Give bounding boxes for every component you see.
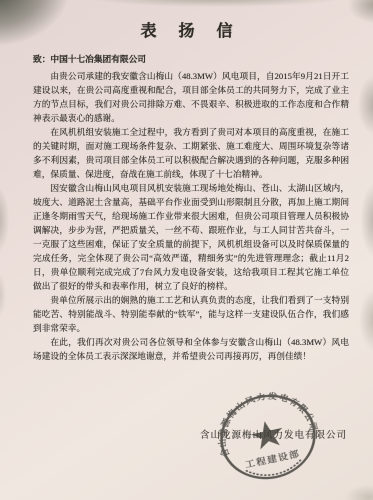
letter-paragraph-1: 由贵公司承建的我安徽含山梅山（48.3MW）风电项目，自2015年9月21日开工… xyxy=(33,69,349,125)
letter-paragraph-5: 在此，我们再次对贵公司各位领导和全体参与安徽含山梅山（48.3MW）风电场建设的… xyxy=(33,335,349,363)
letter-paragraph-4: 贵单位所展示出的娴熟的施工工艺和认真负责的态度，让我们看到了一支特别能吃苦、特别… xyxy=(33,293,349,335)
letter-body: 致：中国十七冶集团有限公司 由贵公司承建的我安徽含山梅山（48.3MW）风电项目… xyxy=(33,52,349,363)
star-icon: ★ xyxy=(248,414,288,456)
letter-paragraph-2: 在风机机组安装施工全过程中，我方看到了贵司对本项目的高度重视，在施工的关键时期，… xyxy=(33,125,349,181)
letter-salutation: 致：中国十七冶集团有限公司 xyxy=(33,52,349,66)
letter-paragraph-3: 因安徽含山梅山风电项目风机安装施工现场地处梅山、苍山、太湖山区域内，坡度大、道路… xyxy=(33,181,349,293)
company-seal: 含山龙源梅山风力发电有限公司 ★ 工程建设部 xyxy=(203,377,333,496)
letter-title: 表 扬 信 xyxy=(0,18,373,41)
scanned-commendation-letter: 表 扬 信 致：中国十七冶集团有限公司 由贵公司承建的我安徽含山梅山（48.3M… xyxy=(0,0,373,500)
